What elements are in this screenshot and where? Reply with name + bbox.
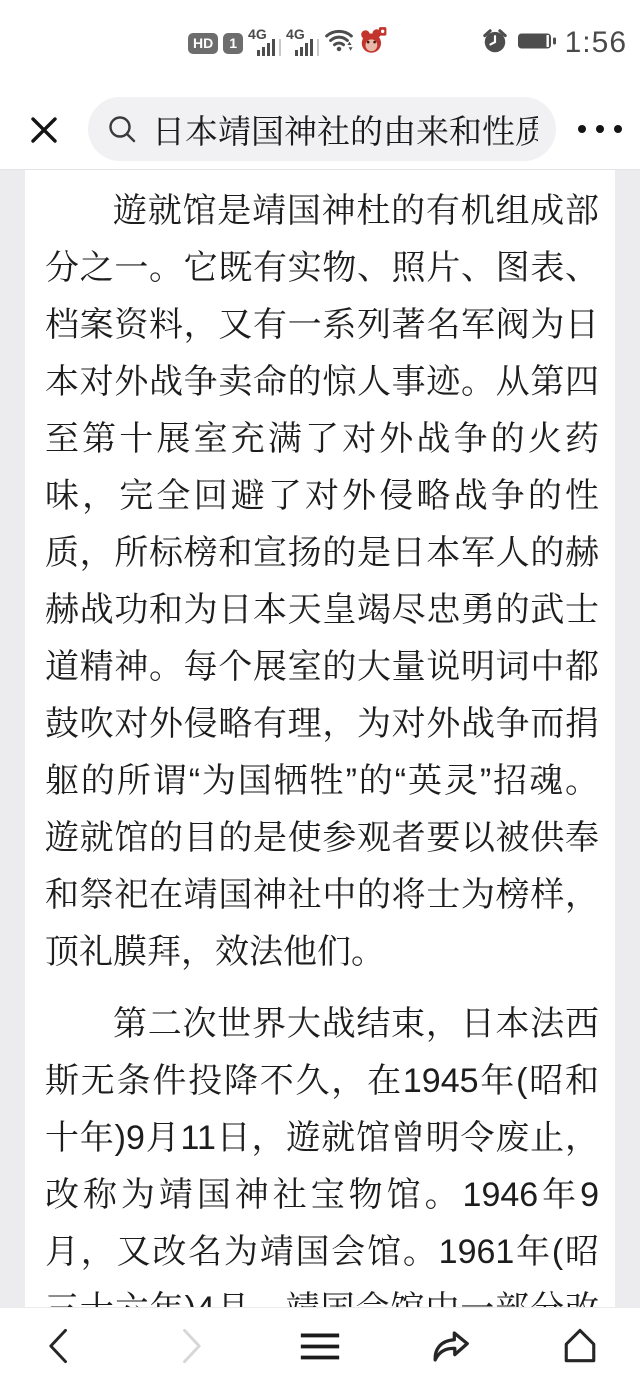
article-line: 档案资料，又有一系列著名军阀为日 (45, 297, 599, 354)
back-icon (38, 1322, 82, 1373)
home-icon (558, 1322, 602, 1373)
article-line: 遊就馆是靖国神杜的有机组成部 (45, 183, 599, 240)
menu-icon (297, 1322, 343, 1373)
article-line: 顶礼膜拜，效法他们。 (45, 924, 599, 981)
article-line: 赫战功和为日本天皇竭尽忠勇的武士 (45, 582, 599, 639)
hd-badge: HD (188, 33, 218, 54)
mascot-icon (359, 26, 387, 61)
article-line: 道精神。每个展室的大量说明词中都 (45, 639, 599, 696)
article-line: 遊就馆的目的是使参观者要以被供奉 (45, 810, 599, 867)
share-button[interactable] (426, 1322, 474, 1374)
battery-icon (517, 31, 557, 56)
home-button[interactable] (556, 1322, 604, 1374)
back-button[interactable] (36, 1322, 84, 1374)
article-line: 十年)9月11日，遊就馆曾明令废止， (45, 1110, 599, 1167)
forward-icon (168, 1322, 212, 1373)
article-line: 至第十展室充满了对外战争的火药 (45, 411, 599, 468)
close-button[interactable] (22, 108, 66, 152)
article-line: 躯的所谓“为国牺牲”的“英灵”招魂。 (45, 753, 599, 810)
article-line: 分之一。它既有实物、照片、图表、 (45, 240, 599, 297)
more-button[interactable] (574, 114, 626, 146)
status-right-cluster: 1:56 (481, 24, 627, 62)
article-line: 鼓吹对外侵略有理，为对外战争而捐 (45, 696, 599, 753)
clock-time: 1:56 (565, 26, 627, 60)
article-line: 质，所标榜和宣扬的是日本军人的赫 (45, 525, 599, 582)
status-bar: HD 1 4G 4G (0, 0, 640, 88)
article-line: 味，完全回避了对外侵略战争的性 (45, 468, 599, 525)
article-line: 三十六年)4月，靖国会馆中一部分改 (45, 1281, 599, 1307)
sim1-badge: 1 (223, 33, 243, 54)
article-line: 月，又改名为靖国会馆。1961年(昭和 (45, 1224, 599, 1281)
article-paragraph: 遊就馆是靖国神杜的有机组成部 分之一。它既有实物、照片、图表、 档案资料，又有一… (45, 183, 599, 981)
search-input[interactable]: 日本靖国神社的由来和性质... (88, 97, 556, 161)
signal-icon-2: 4G (286, 28, 319, 58)
search-query-text: 日本靖国神社的由来和性质... (152, 106, 538, 153)
wifi-icon (324, 27, 354, 59)
article-view[interactable]: 遊就馆是靖国神杜的有机组成部 分之一。它既有实物、照片、图表、 档案资料，又有一… (0, 170, 640, 1307)
browser-screen: HD 1 4G 4G (0, 0, 640, 1387)
signal-bars-icon (257, 39, 275, 56)
article-line: 斯无条件投降不久，在1945年(昭和二 (45, 1053, 599, 1110)
search-icon (106, 113, 138, 145)
alarm-icon (481, 27, 509, 60)
signal-icon-1: 4G (248, 28, 281, 58)
article-line: 改称为靖国神社宝物馆。1946年9 (45, 1167, 599, 1224)
browser-search-bar: 日本靖国神社的由来和性质... (0, 88, 640, 170)
share-icon (427, 1322, 473, 1373)
article-line: 本对外战争卖命的惊人事迹。从第四 (45, 354, 599, 411)
article-line: 和祭祀在靖国神社中的将士为榜样， (45, 867, 599, 924)
more-icon (574, 123, 626, 138)
article-page: 遊就馆是靖国神杜的有机组成部 分之一。它既有实物、照片、图表、 档案资料，又有一… (25, 170, 615, 1307)
status-left-cluster: HD 1 4G 4G (188, 25, 387, 61)
forward-button[interactable] (166, 1322, 214, 1374)
signal-bars-icon (295, 39, 313, 56)
menu-button[interactable] (296, 1322, 344, 1374)
article-paragraph: 第二次世界大战结束，日本法西 斯无条件投降不久，在1945年(昭和二 十年)9月… (45, 996, 599, 1307)
article-line: 第二次世界大战结束，日本法西 (45, 996, 599, 1053)
bottom-nav-bar (0, 1307, 640, 1387)
close-icon (24, 138, 64, 153)
